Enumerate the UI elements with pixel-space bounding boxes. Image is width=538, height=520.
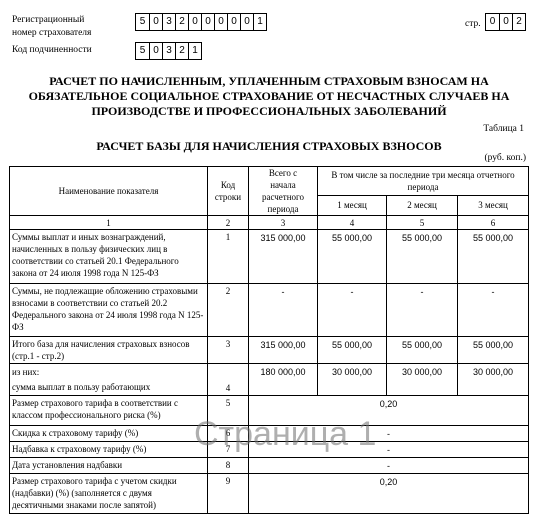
row-name: Размер страхового тарифа в соответствии … (10, 396, 208, 426)
row-total: - (249, 284, 318, 337)
row-total: 180 000,00 (249, 364, 318, 396)
column-index: 1 (10, 216, 208, 230)
row-month-2: 55 000,00 (387, 230, 458, 284)
row-code: 2 (208, 284, 249, 337)
row-name-line: из них: (12, 365, 205, 380)
reg-number-digit: 0 (214, 14, 227, 30)
reg-number-digit: 0 (149, 14, 162, 30)
row-month-1: 55 000,00 (318, 230, 387, 284)
header-line-code: Код строки (208, 167, 249, 216)
row-code: 9 (208, 474, 249, 514)
table-row: Размер страхового тарифа с учетом скидки… (10, 474, 529, 514)
header-month-3: 3 месяц (458, 195, 529, 215)
document-title-line: ОБЯЗАТЕЛЬНОЕ СОЦИАЛЬНОЕ СТРАХОВАНИЕ ОТ Н… (0, 89, 538, 104)
reg-number-digit: 2 (175, 14, 188, 30)
reg-number-digit: 0 (240, 14, 253, 30)
column-index: 4 (318, 216, 387, 230)
column-index: 2 (208, 216, 249, 230)
row-month-3: 30 000,00 (458, 364, 529, 396)
reg-number-label-line2: номер страхователя (12, 27, 91, 40)
reg-number-digit: 1 (253, 14, 266, 30)
subordination-code-digit: 1 (188, 43, 201, 59)
row-name: Суммы, не подлежащие обложению страховым… (10, 284, 208, 337)
row-value: - (249, 442, 529, 458)
page-label: стр. (465, 18, 481, 31)
table-row: из них: сумма выплат в пользу работающих… (10, 364, 529, 396)
page-number-digit: 2 (512, 14, 525, 30)
document-title-line: ПРОИЗВОДСТВЕ И ПРОФЕССИОНАЛЬНЫХ ЗАБОЛЕВА… (0, 104, 538, 119)
row-month-2: 55 000,00 (387, 337, 458, 364)
subordination-code-label: Код подчиненности (12, 44, 92, 57)
row-name: Скидка к страховому тарифу (%) (10, 426, 208, 442)
page-number-field: 002 (485, 13, 526, 31)
column-index: 3 (249, 216, 318, 230)
row-value: 0,20 (249, 396, 529, 426)
document-title: РАСЧЕТ ПО НАЧИСЛЕННЫМ, УПЛАЧЕННЫМ СТРАХО… (0, 74, 538, 119)
row-month-1: 30 000,00 (318, 364, 387, 396)
reg-number-label: Регистрационный номер страхователя (12, 14, 91, 40)
row-value: - (249, 458, 529, 474)
row-code: 3 (208, 337, 249, 364)
row-name: Итого база для начисления страховых взно… (10, 337, 208, 364)
row-name-line: сумма выплат в пользу работающих (12, 380, 205, 395)
reg-number-field: 5032000001 (135, 13, 267, 31)
row-month-1: - (318, 284, 387, 337)
column-index-row: 1 2 3 4 5 6 (10, 216, 529, 230)
subordination-code-digit: 3 (162, 43, 175, 59)
row-month-1: 55 000,00 (318, 337, 387, 364)
table-row: Скидка к страховому тарифу (%) 6 - (10, 426, 529, 442)
table-row: Итого база для начисления страховых взно… (10, 337, 529, 364)
reg-number-label-line1: Регистрационный (12, 14, 91, 27)
table-header-row: Наименование показателя Код строки Всего… (10, 167, 529, 196)
reg-number-digit: 0 (188, 14, 201, 30)
table-row: Суммы, не подлежащие обложению страховым… (10, 284, 529, 337)
subordination-code-digit: 0 (149, 43, 162, 59)
row-month-3: 55 000,00 (458, 337, 529, 364)
row-total: 315 000,00 (249, 230, 318, 284)
table-row: Размер страхового тарифа в соответствии … (10, 396, 529, 426)
row-month-3: - (458, 284, 529, 337)
row-value: 0,20 (249, 474, 529, 514)
row-month-2: - (387, 284, 458, 337)
page-number-digit: 0 (486, 14, 499, 30)
base-calculation-table: Наименование показателя Код строки Всего… (9, 166, 529, 514)
row-name: Надбавка к страховому тарифу (%) (10, 442, 208, 458)
header-month-1: 1 месяц (318, 195, 387, 215)
table-row: Суммы выплат и иных вознаграждений, начи… (10, 230, 529, 284)
subordination-code-digit: 2 (175, 43, 188, 59)
units-label: (руб. коп.) (484, 153, 526, 163)
reg-number-digit: 0 (227, 14, 240, 30)
row-code: 1 (208, 230, 249, 284)
document-title-line: РАСЧЕТ ПО НАЧИСЛЕННЫМ, УПЛАЧЕННЫМ СТРАХО… (0, 74, 538, 89)
reg-number-digit: 0 (201, 14, 214, 30)
row-code: 4 (208, 364, 249, 396)
table-number-label: Таблица 1 (483, 124, 524, 134)
subordination-code-field: 50321 (135, 42, 202, 60)
column-index: 5 (387, 216, 458, 230)
page-number-digit: 0 (499, 14, 512, 30)
row-code: 8 (208, 458, 249, 474)
header-indicator-name: Наименование показателя (10, 167, 208, 216)
column-index: 6 (458, 216, 529, 230)
row-name: Размер страхового тарифа с учетом скидки… (10, 474, 208, 514)
row-code: 5 (208, 396, 249, 426)
table-subtitle: РАСЧЕТ БАЗЫ ДЛЯ НАЧИСЛЕНИЯ СТРАХОВЫХ ВЗН… (0, 139, 538, 154)
header-total: Всего с начала расчетного периода (249, 167, 318, 216)
reg-number-digit: 5 (136, 14, 149, 30)
reg-number-digit: 3 (162, 14, 175, 30)
header-month-2: 2 месяц (387, 195, 458, 215)
row-month-2: 30 000,00 (387, 364, 458, 396)
row-month-3: 55 000,00 (458, 230, 529, 284)
row-total: 315 000,00 (249, 337, 318, 364)
row-code: 6 (208, 426, 249, 442)
subordination-code-digit: 5 (136, 43, 149, 59)
header-last-three-months: В том числе за последние три месяца отче… (318, 167, 529, 196)
table-row: Надбавка к страховому тарифу (%) 7 - (10, 442, 529, 458)
row-value: - (249, 426, 529, 442)
table-row: Дата установления надбавки 8 - (10, 458, 529, 474)
row-name: Дата установления надбавки (10, 458, 208, 474)
row-code: 7 (208, 442, 249, 458)
row-name: Суммы выплат и иных вознаграждений, начи… (10, 230, 208, 284)
row-name: из них: сумма выплат в пользу работающих (10, 364, 208, 396)
